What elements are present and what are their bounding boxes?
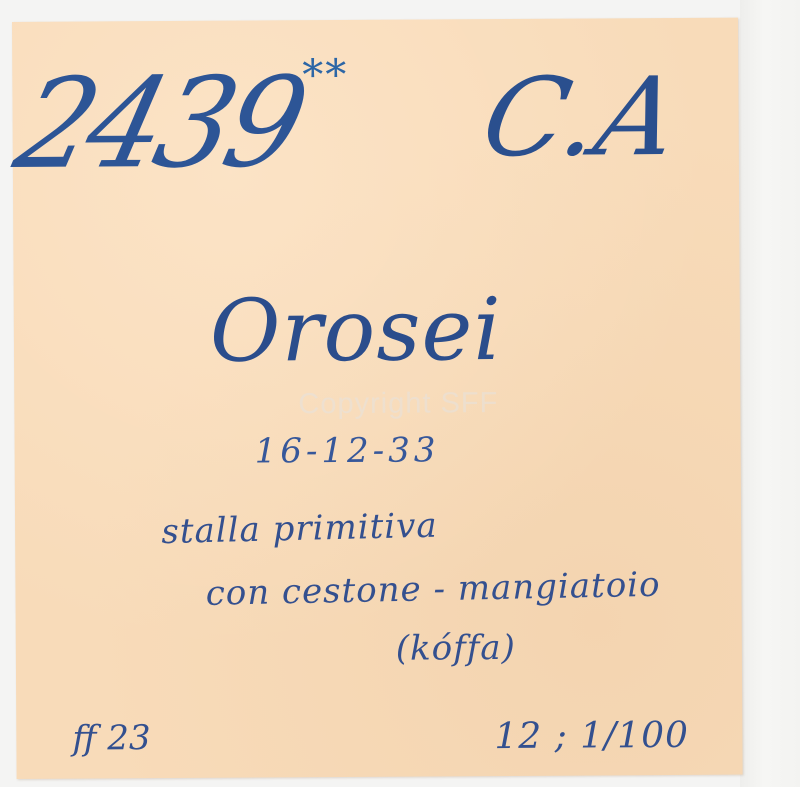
place-name: Orosei [210,287,502,375]
date: 16-12-33 [255,433,440,468]
description-line-1: stalla primitiva [161,509,438,549]
background-surface [740,0,800,787]
copyright-watermark: Copyright SFF [298,387,498,421]
catalog-number: 2439 [6,60,312,186]
collection-code: C.A [474,64,687,173]
catalog-asterisks: ** [302,54,348,96]
index-card: 2439 ** C.A Orosei Copyright SFF 16-12-3… [12,18,743,779]
description-line-2: con cestone - mangiatoio [205,568,660,611]
scale-reference: 12 ; 1/100 [494,718,689,755]
description-line-3: (kóffa) [396,631,516,666]
folio-reference: ff 23 [72,721,150,755]
